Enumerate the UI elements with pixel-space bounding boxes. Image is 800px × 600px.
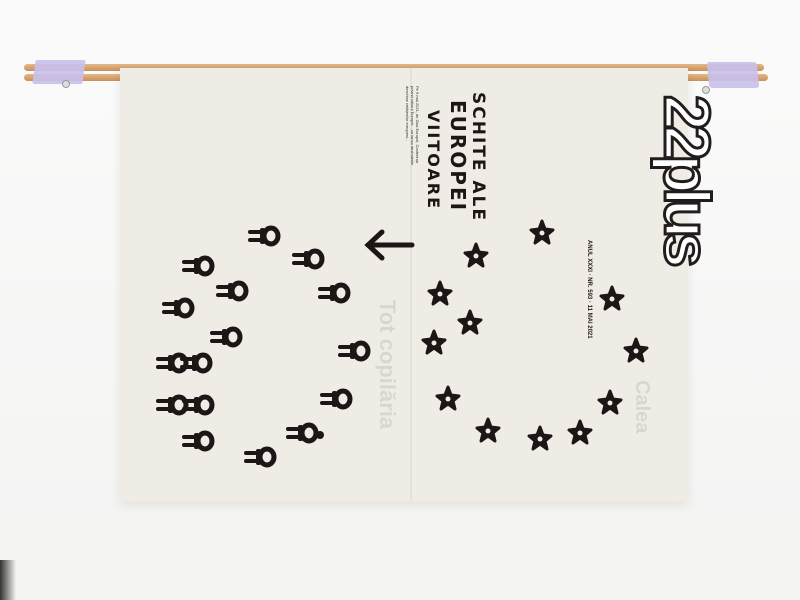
hand-drawing (0, 0, 800, 600)
eu-stars (423, 221, 647, 449)
figures (156, 228, 368, 465)
left-arrow-icon (368, 232, 412, 258)
corner-shadow (0, 560, 16, 600)
